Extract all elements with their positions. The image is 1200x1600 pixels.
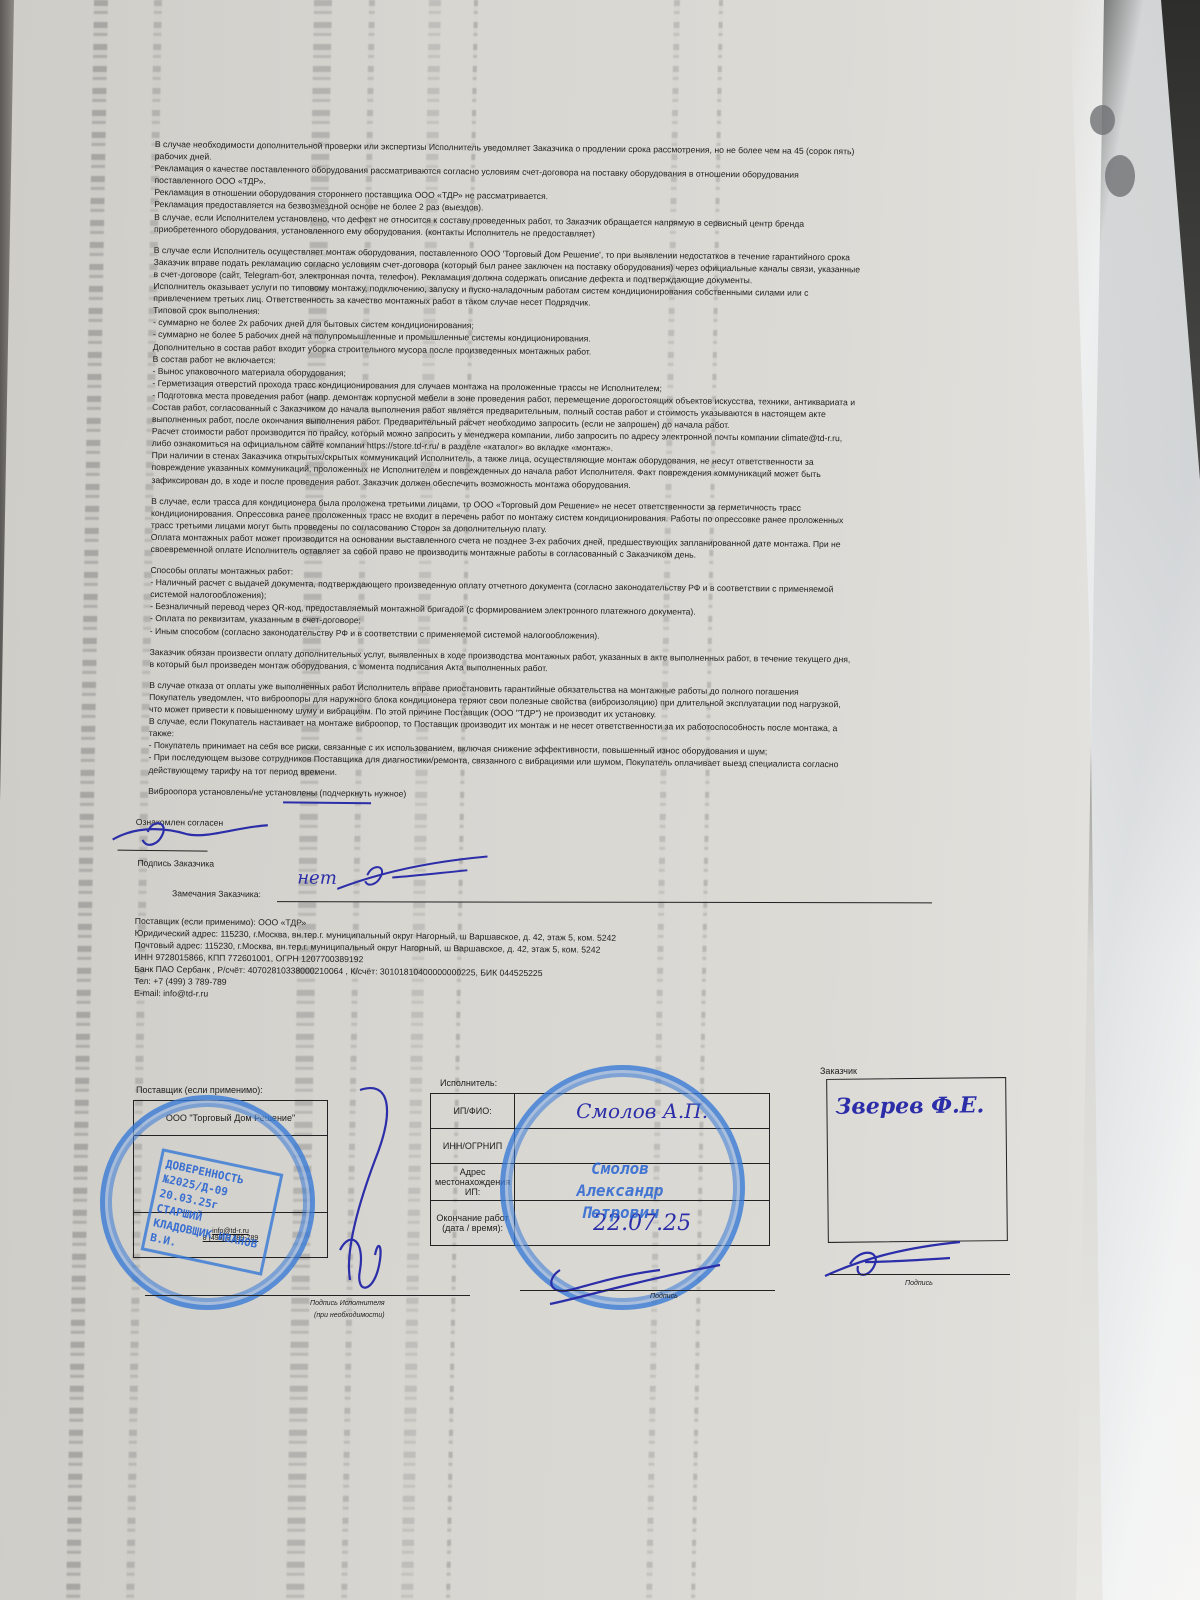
remarks-line <box>277 901 932 903</box>
section-reclamation: В случае необходимости дополнительной пр… <box>154 138 955 243</box>
supplier-sign-note: (при необходимости) <box>314 1312 385 1319</box>
remarks-signature-icon <box>337 853 497 895</box>
supplier-signature-icon <box>320 1080 400 1310</box>
customer-sign-label: Подпись <box>905 1280 933 1287</box>
customer-box-title: Заказчик <box>820 1066 857 1076</box>
contractor-label-name: ИП/ФИО: <box>431 1094 515 1129</box>
contractor-signature-icon <box>540 1260 740 1310</box>
plastic-spot <box>1090 105 1115 135</box>
document-body: В случае необходимости дополнительной пр… <box>146 138 955 1008</box>
supplier-sign-label: Подпись Исполнителя <box>310 1300 385 1307</box>
section-refusal-vibro: В случае отказа от оплаты уже выполненны… <box>148 679 949 784</box>
contractor-box-title: Исполнитель: <box>440 1078 497 1088</box>
supplier-details: Поставщик (если применимо): ООО «ТДР»Юри… <box>134 915 947 1008</box>
contractor-label-inn: ИНН/ОГРНИП <box>431 1129 515 1164</box>
section-installation: В случае если Исполнитель осуществляет м… <box>151 244 953 494</box>
contractor-stamp-name: СмоловАлександрПетрович <box>560 1158 680 1224</box>
plastic-spot <box>1105 155 1135 197</box>
customer-box: Зверев Ф.Е. <box>826 1077 1008 1243</box>
remarks-handwritten: нет <box>297 872 337 885</box>
customer-signature-icon <box>108 819 278 851</box>
customer-final-signature-icon <box>820 1240 980 1290</box>
supplier-box-title: Поставщик (если применимо): <box>136 1085 263 1095</box>
stamp-line: Александр <box>560 1180 680 1202</box>
stamp-line: Смолов <box>560 1158 680 1180</box>
customer-name: Зверев Ф.Е. <box>835 1092 984 1120</box>
section-third-party-routes: В случае, если трасса для кондиционера б… <box>151 495 952 564</box>
section-payment-methods: Способы оплаты монтажных работ:- Наличны… <box>150 564 951 645</box>
contractor-sign-label: Подпись <box>650 1293 678 1300</box>
stamp-line: Петрович <box>560 1202 680 1224</box>
remarks-label: Замечания Заказчика: <box>172 887 261 900</box>
